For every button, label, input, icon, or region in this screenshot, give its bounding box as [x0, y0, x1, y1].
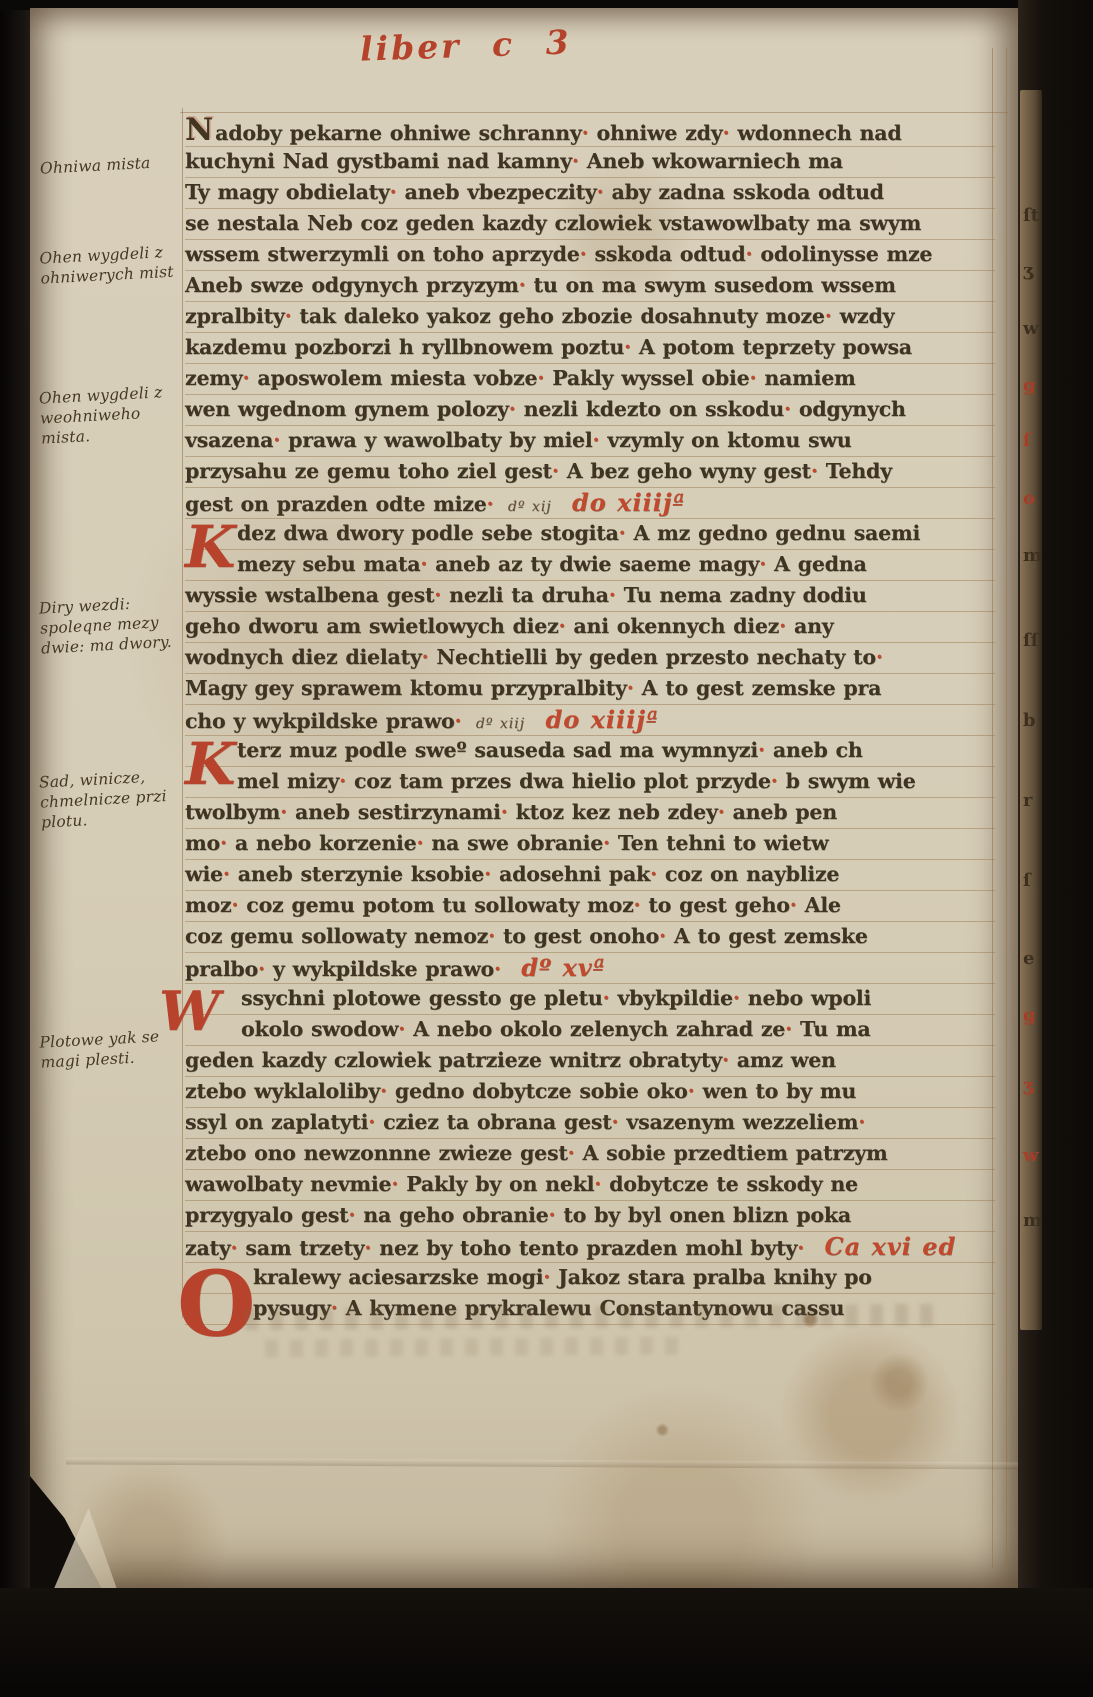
illuminated-initial: K: [185, 519, 237, 579]
fragment-glyph: ʒ: [1023, 1075, 1033, 1096]
text-line: mezy sebu mata· aneb az ty dwie saeme ma…: [185, 550, 995, 581]
rubric-virgule: ·: [416, 831, 423, 855]
text-line: vsazena· prawa y wawolbaty by miel· vzym…: [185, 426, 995, 457]
rubric-virgule: ·: [258, 957, 265, 981]
rubric-virgule: ·: [543, 1265, 550, 1289]
text-line: kralewy aciesarzske mogi· Jakoz stara pr…: [185, 1263, 995, 1294]
text-line: Aneb swze odgynych przyzym· tu on ma swy…: [185, 271, 995, 302]
margin-note: Ohen wygdeli z ohniwerych mist: [39, 242, 181, 289]
ruling-line-left: [182, 108, 183, 1318]
rubric-virgule: ·: [494, 957, 501, 981]
fragment-glyph: m: [1023, 545, 1042, 566]
rubric-virgule: ·: [231, 893, 238, 917]
text-line: wodnych diez dielaty· Nechtielli by gede…: [185, 643, 995, 674]
rubric-virgule: ·: [285, 304, 292, 328]
rubric-virgule: ·: [552, 459, 559, 483]
rubric-virgule: ·: [280, 800, 287, 824]
rubric-virgule: ·: [580, 242, 587, 266]
paragraph: Wssychni plotowe gessto ge pletu· vbykpi…: [185, 984, 995, 1263]
text-line: zemy· aposwolem miesta vobze· Pakly wyss…: [185, 364, 995, 395]
text-line: dez dwa dwory podle sebe stogita· A mz g…: [185, 519, 995, 550]
rubric-virgule: ·: [597, 180, 604, 204]
rubric-virgule: ·: [488, 924, 495, 948]
margin-note: Sad, winicze, chmelnicze przi plotu.: [39, 766, 182, 833]
text-line: geden kazdy czlowiek patrzieze wnitrz ob…: [185, 1046, 995, 1077]
rubric-virgule: ·: [609, 583, 616, 607]
text-line: mel mizy· coz tam przes dwa hielio plot …: [185, 767, 995, 798]
rubric-virgule: ·: [745, 242, 752, 266]
rubric-virgule: ·: [858, 1110, 865, 1134]
rubric-virgule: ·: [627, 676, 634, 700]
rubric-virgule: ·: [549, 1203, 556, 1227]
rubric-virgule: ·: [220, 831, 227, 855]
rubric-virgule: ·: [380, 1079, 387, 1103]
text-line: moz· coz gemu potom tu sollowaty moz· to…: [185, 891, 995, 922]
binding-edge: [0, 0, 32, 1697]
ruling-line-top: [180, 112, 1008, 113]
text-line: cho y wykpildske prawo· dº xiij do xiiij…: [185, 705, 995, 736]
rubric-virgule: ·: [722, 121, 729, 145]
text-line: kazdemu pozborzi h ryllbnowem poztu· A p…: [185, 333, 995, 364]
paragraph: Nadoby pekarne ohniwe schranny· ohniwe z…: [185, 116, 995, 519]
text-line: geho dworu am swietlowych diez· ani oken…: [185, 612, 995, 643]
rubric-virgule: ·: [749, 366, 756, 390]
fragment-glyph: ſ: [1023, 870, 1031, 891]
fragment-glyph: g: [1023, 1005, 1036, 1026]
rubric-virgule: ·: [223, 862, 230, 886]
fragment-glyph: ſſ: [1023, 630, 1039, 651]
rubric-virgule: ·: [790, 893, 797, 917]
ruling-line-right-outer: [1006, 48, 1007, 1568]
rubric-virgule: ·: [593, 428, 600, 452]
rubric-virgule: ·: [619, 521, 626, 545]
text-line: wie· aneb sterzynie ksobie· adosehni pak…: [185, 860, 995, 891]
text-line: wyssie wstalbena gest· nezli ta druha· T…: [185, 581, 995, 612]
text-line: kuchyni Nad gystbami nad kamny· Aneb wko…: [185, 147, 995, 178]
text-line: przysahu ze gemu toho ziel gest· A bez g…: [185, 457, 995, 488]
chapter-ref-rubric: Ca xvi ed: [804, 1232, 956, 1261]
text-line: Nadoby pekarne ohniwe schranny· ohniwe z…: [185, 116, 995, 147]
rubric-virgule: ·: [784, 397, 791, 421]
paragraph: Kterz muz podle sweº sauseda sad ma wymn…: [185, 736, 995, 984]
rubric-virgule: ·: [348, 1203, 355, 1227]
text-line: ztebo ono newzonnne zwieze gest· A sobie…: [185, 1139, 995, 1170]
rubric-virgule: ·: [422, 645, 429, 669]
paragraph-lead-letter: N: [185, 112, 215, 148]
rubric-virgule: ·: [650, 862, 657, 886]
fragment-glyph: w: [1023, 318, 1039, 339]
rubric-virgule: ·: [785, 1017, 792, 1041]
adjacent-page-fragments: ſtʒwgſomſſbrſegʒwm: [1020, 90, 1042, 1330]
margin-note: Diry wezdi: spoleqne mezy dwie: ma dwory…: [39, 592, 182, 659]
fragment-glyph: ʒ: [1023, 260, 1033, 281]
rubric-virgule: ·: [509, 397, 516, 421]
fragment-glyph: g: [1023, 375, 1036, 396]
bottom-edge: [0, 1588, 1093, 1697]
rubric-virgule: ·: [603, 831, 610, 855]
rubric-virgule: ·: [811, 459, 818, 483]
text-line: coz gemu sollowaty nemoz· to gest onoho·…: [185, 922, 995, 953]
margin-note: Ohen wygdeli z weohniweho mista.: [39, 382, 182, 449]
rubric-virgule: ·: [688, 1079, 695, 1103]
rubric-virgule: ·: [390, 180, 397, 204]
illuminated-initial: K: [185, 736, 237, 796]
text-line: ssychni plotowe gessto ge pletu· vbykpil…: [185, 984, 995, 1015]
fragment-glyph: b: [1023, 710, 1036, 731]
text-line: ztebo wyklaloliby· gedno dobytcze sobie …: [185, 1077, 995, 1108]
rubric-virgule: ·: [391, 1172, 398, 1196]
text-line: terz muz podle sweº sauseda sad ma wymny…: [185, 736, 995, 767]
chapter-ref-rubric: do xiiijª: [525, 705, 659, 734]
rubric-virgule: ·: [339, 769, 346, 793]
rubric-virgule: ·: [243, 366, 250, 390]
rubric-virgule: ·: [624, 335, 631, 359]
rubric-virgule: ·: [758, 738, 765, 762]
fragment-glyph: ſt: [1023, 205, 1039, 226]
paragraph: Kdez dwa dwory podle sebe stogita· A mz …: [185, 519, 995, 736]
rubric-virgule: ·: [559, 614, 566, 638]
text-column: Nadoby pekarne ohniwe schranny· ohniwe z…: [185, 116, 995, 1355]
rubric-virgule: ·: [582, 121, 589, 145]
rubric-virgule: ·: [771, 769, 778, 793]
chapter-ref-faint: dº xiij: [461, 716, 525, 732]
rubric-virgule: ·: [568, 1141, 575, 1165]
rubric-virgule: ·: [434, 583, 441, 607]
text-line: se nestala Neb coz geden kazdy czlowiek …: [185, 209, 995, 240]
rubric-virgule: ·: [718, 800, 725, 824]
text-line: twolbym· aneb sestirzynami· ktoz kez neb…: [185, 798, 995, 829]
fragment-glyph: w: [1023, 1145, 1039, 1166]
text-line: Magy gey sprawem ktomu przypralbity· A t…: [185, 674, 995, 705]
rubric-virgule: ·: [594, 1172, 601, 1196]
rubric-virgule: ·: [420, 552, 427, 576]
margin-note: Ohniwa mista: [40, 152, 181, 179]
running-title-rubric: liber c 3: [359, 22, 572, 68]
text-line: przygyalo gest· na geho obranie· to by b…: [185, 1201, 995, 1232]
show-through-smudge: [265, 1337, 685, 1358]
chapter-ref-faint: dº xij: [493, 499, 551, 515]
rubric-virgule: ·: [368, 1110, 375, 1134]
photo-background: liber c 3 Ohniwa mistaOhen wygdeli z ohn…: [0, 0, 1093, 1697]
fore-edge-strip: ſtʒwgſomſſbrſegʒwm: [1018, 0, 1093, 1697]
text-line: wawolbaty nevmie· Pakly by on nekl· doby…: [185, 1170, 995, 1201]
text-line: wen wgednom gynem polozy· nezli kdezto o…: [185, 395, 995, 426]
rubric-virgule: ·: [876, 645, 883, 669]
rubric-virgule: ·: [501, 800, 508, 824]
rubric-virgule: ·: [779, 614, 786, 638]
illuminated-initial: W: [159, 984, 241, 1044]
illuminated-initial: O: [177, 1263, 253, 1355]
text-line: zpralbity· tak daleko yakoz geho zbozie …: [185, 302, 995, 333]
text-line: zaty· sam trzety· nez by toho tento praz…: [185, 1232, 995, 1263]
rubric-virgule: ·: [364, 1236, 371, 1260]
text-line: wssem stwerzymli on toho aprzyde· sskoda…: [185, 240, 995, 271]
fragment-glyph: e: [1023, 948, 1034, 969]
rubric-virgule: ·: [825, 304, 832, 328]
chapter-ref-rubric: dº xvª: [501, 953, 605, 982]
rubric-virgule: ·: [273, 428, 280, 452]
fragment-glyph: r: [1023, 790, 1032, 811]
text-line: okolo swodow· A nebo okolo zelenych zahr…: [185, 1015, 995, 1046]
text-line: gest on prazden odte mize· dº xij do xii…: [185, 488, 995, 519]
rubric-virgule: ·: [537, 366, 544, 390]
text-line: ssyl on zaplatyti· cziez ta obrana gest·…: [185, 1108, 995, 1139]
fragment-glyph: ſ: [1023, 430, 1031, 451]
chapter-ref-rubric: do xiiijª: [552, 488, 686, 517]
text-line: Ty magy obdielaty· aneb vbezpeczity· aby…: [185, 178, 995, 209]
rubric-virgule: ·: [612, 1110, 619, 1134]
rubric-virgule: ·: [398, 1017, 405, 1041]
text-line: mo· a nebo korzenie· na swe obranie· Ten…: [185, 829, 995, 860]
rubric-virgule: ·: [634, 893, 641, 917]
rubric-virgule: ·: [603, 986, 610, 1010]
crease-line: [66, 1457, 1041, 1469]
rubric-virgule: ·: [572, 149, 579, 173]
text-line: pralbo· y wykpildske prawo· dº xvª: [185, 953, 995, 984]
rubric-virgule: ·: [519, 273, 526, 297]
rubric-virgule: ·: [759, 552, 766, 576]
fragment-glyph: m: [1023, 1210, 1042, 1231]
rubric-virgule: ·: [659, 924, 666, 948]
manuscript-page: liber c 3 Ohniwa mistaOhen wygdeli z ohn…: [30, 8, 1018, 1588]
fragment-glyph: o: [1023, 488, 1035, 509]
rubric-virgule: ·: [722, 1048, 729, 1072]
rubric-virgule: ·: [484, 862, 491, 886]
rubric-virgule: ·: [733, 986, 740, 1010]
